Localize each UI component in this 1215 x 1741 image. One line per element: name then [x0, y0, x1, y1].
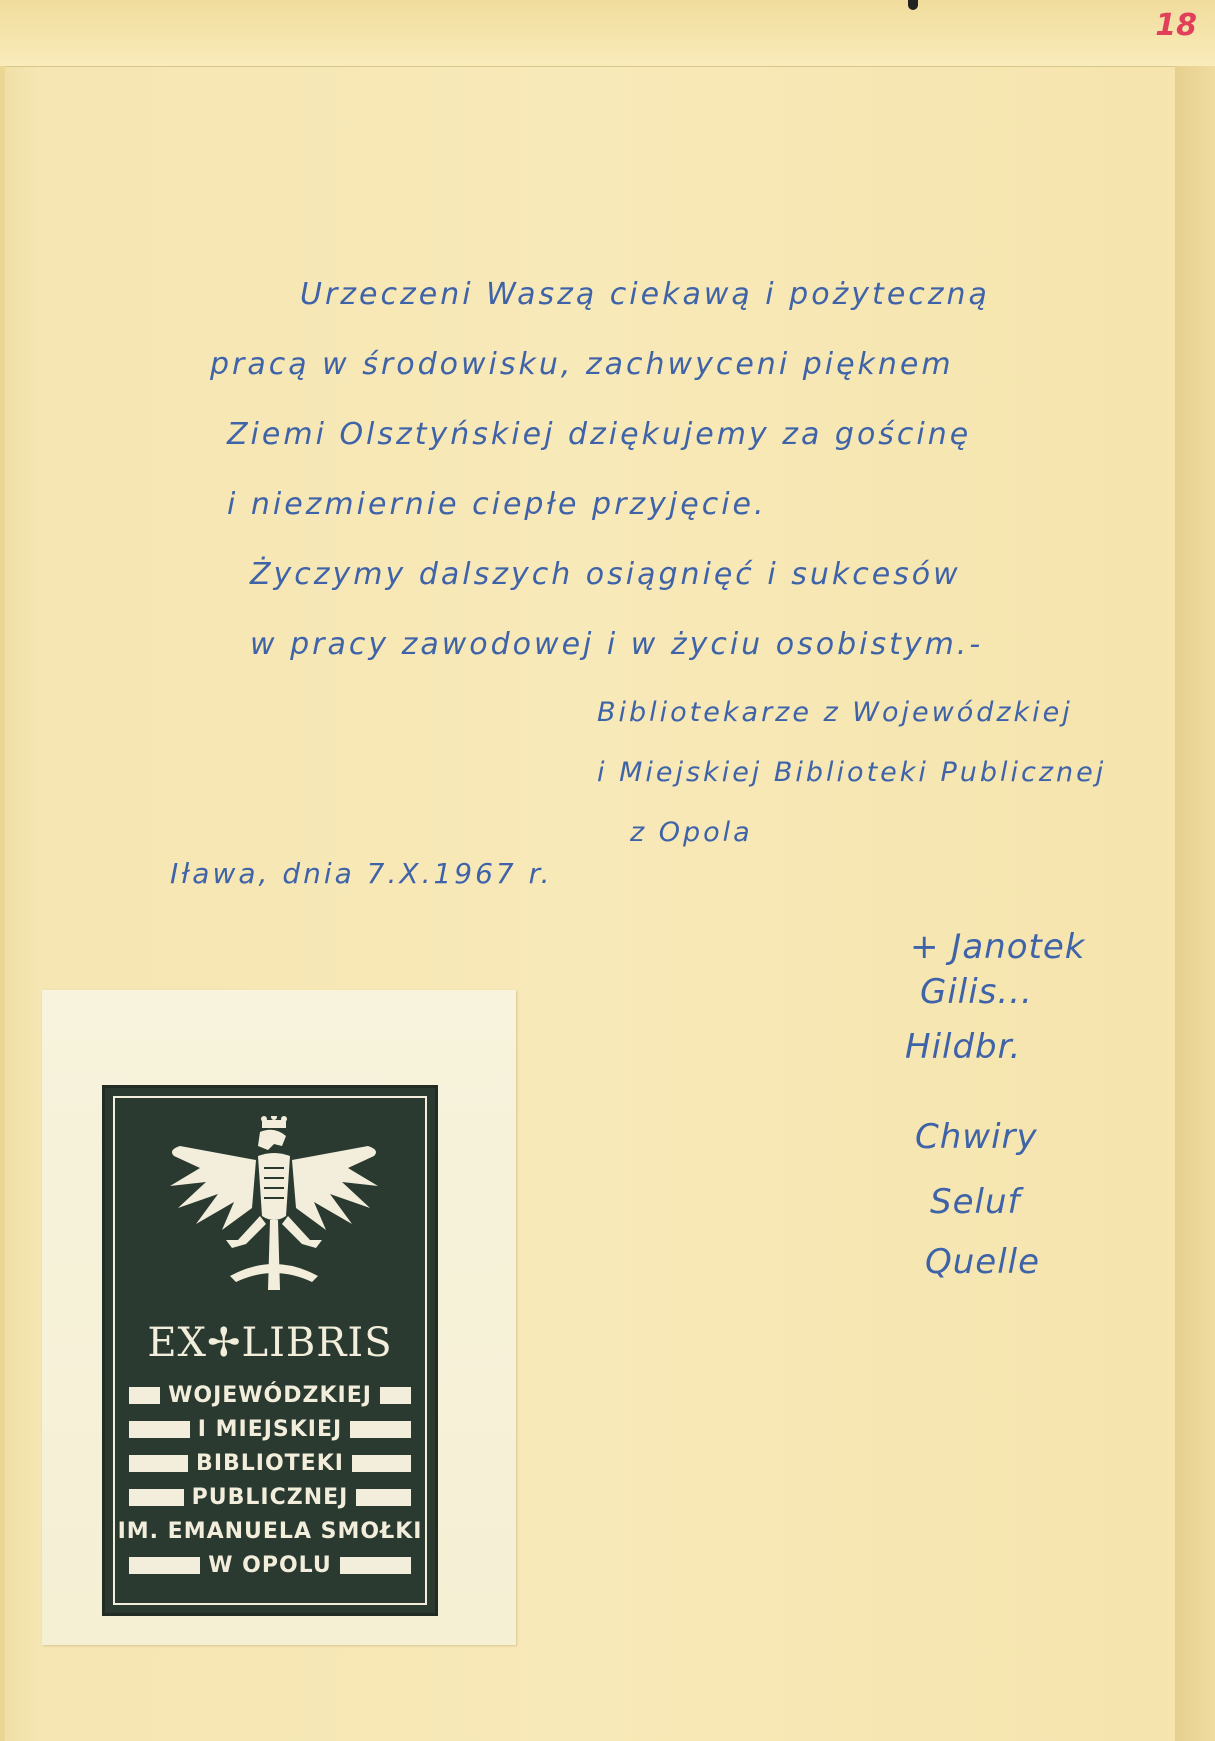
bookplate-bar — [356, 1489, 411, 1506]
sender-line: Bibliotekarze z Wojewódzkiej — [597, 697, 1073, 728]
bookplate-bar — [129, 1387, 160, 1404]
bookplate-card: EX✢LIBRIS WOJEWÓDZKIEJ I MIEJSKIEJ — [42, 990, 516, 1645]
signature: + Janotek — [910, 927, 1085, 967]
ex-libris-bookplate: EX✢LIBRIS WOJEWÓDZKIEJ I MIEJSKIEJ — [102, 1085, 438, 1616]
bookplate-text: PUBLICZNEJ — [192, 1485, 349, 1510]
page-number: 18 — [1155, 8, 1197, 43]
sender-line: i Miejskiej Biblioteki Publicznej — [597, 757, 1106, 788]
bookplate-text: WOJEWÓDZKIEJ — [168, 1383, 372, 1408]
bookplate-bar — [129, 1489, 184, 1506]
bookplate-bar — [350, 1421, 411, 1438]
signature: Hildbr. — [905, 1027, 1021, 1067]
bookplate-row: PUBLICZNEJ — [129, 1480, 411, 1514]
bookplate-row: I MIEJSKIEJ — [129, 1412, 411, 1446]
bookplate-bar — [340, 1557, 411, 1574]
top-page-strip — [0, 0, 1215, 66]
signature: Gilis... — [920, 972, 1033, 1012]
bookplate-bar — [129, 1557, 200, 1574]
album-right-margin — [1175, 66, 1215, 1741]
bookplate-text: I MIEJSKIEJ — [198, 1417, 342, 1442]
signature: Seluf — [930, 1182, 1020, 1222]
bookplate-text-rows: WOJEWÓDZKIEJ I MIEJSKIEJ BIBLIOTEKI — [129, 1378, 411, 1582]
letter-line: Życzymy dalszych osiągnięć i sukcesów — [250, 557, 961, 592]
letter-line: w pracy zawodowej i w życiu osobistym.- — [250, 627, 983, 662]
place-date: Iława, dnia 7.X.1967 r. — [170, 857, 552, 890]
bookplate-bar — [129, 1455, 188, 1472]
letter-line: pracą w środowisku, zachwyceni pięknem — [210, 347, 954, 382]
sender-line: z Opola — [630, 817, 753, 848]
bookplate-bar — [129, 1421, 190, 1438]
signature: Quelle — [925, 1242, 1040, 1282]
bookplate-row: WOJEWÓDZKIEJ — [129, 1378, 411, 1412]
album-page: 18 Urzeczeni Waszą ciekawą i pożyteczną … — [0, 0, 1215, 1741]
bookplate-bar — [380, 1387, 411, 1404]
binding-mark — [908, 0, 918, 10]
bookplate-text: W OPOLU — [208, 1553, 332, 1578]
letter-line: Ziemi Olsztyńskiej dziękujemy za gościnę — [227, 417, 971, 452]
ex-libris-title: EX✢LIBRIS — [115, 1320, 425, 1366]
bookplate-row: BIBLIOTEKI — [129, 1446, 411, 1480]
bookplate-frame: EX✢LIBRIS WOJEWÓDZKIEJ I MIEJSKIEJ — [113, 1096, 427, 1605]
crowned-eagle-icon — [160, 1116, 388, 1306]
signature: Chwiry — [915, 1117, 1038, 1157]
bookplate-bar — [352, 1455, 411, 1472]
bookplate-text: IM. EMANUELA SMOŁKI — [118, 1519, 423, 1544]
letter-line: Urzeczeni Waszą ciekawą i pożyteczną — [300, 277, 990, 312]
letter-line: i niezmiernie ciepłe przyjęcie. — [227, 487, 767, 522]
bookplate-row: W OPOLU — [129, 1548, 411, 1582]
bookplate-row: IM. EMANUELA SMOŁKI — [129, 1514, 411, 1548]
bookplate-text: BIBLIOTEKI — [196, 1451, 344, 1476]
